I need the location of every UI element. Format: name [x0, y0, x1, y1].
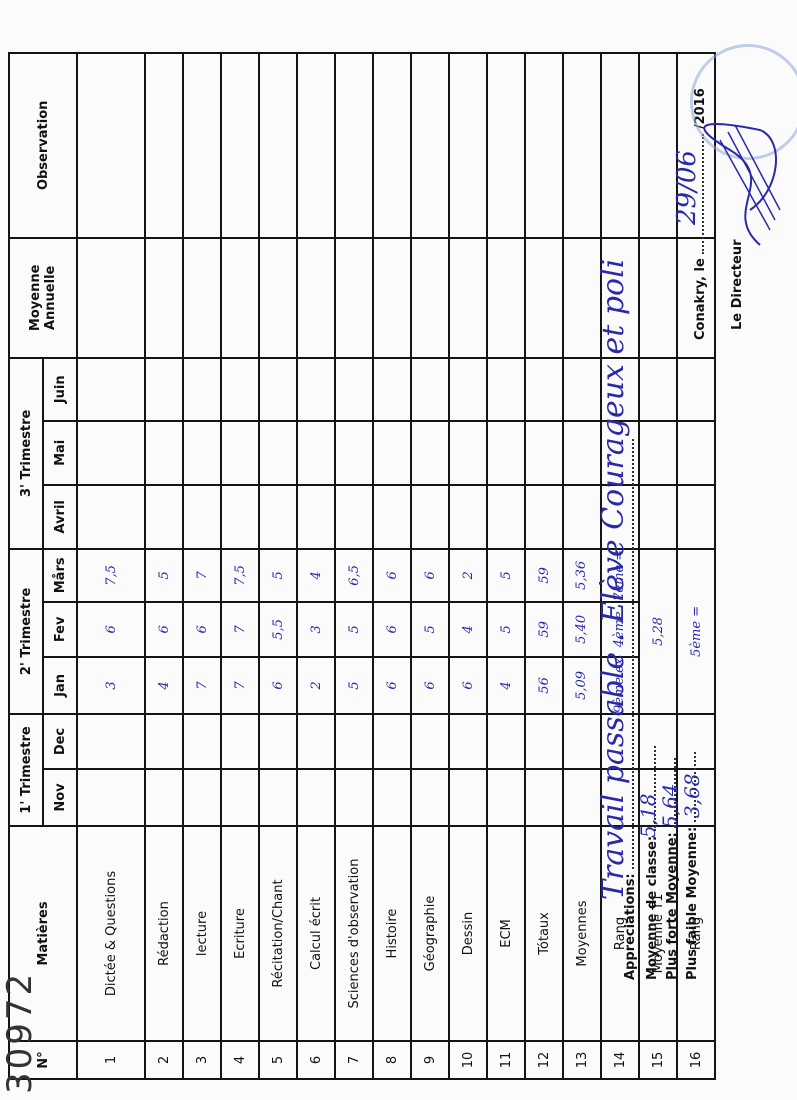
header-trimester-2: 2' Trimestre [9, 549, 43, 714]
table-row: 1Dictée & Questions367,5 [77, 53, 145, 1079]
header-trimester-1: 1' Trimestre [9, 714, 43, 826]
cell-jan: 4 [145, 657, 183, 714]
row-number: 12 [525, 1041, 563, 1079]
highest-average-value: 5,64 [658, 783, 682, 828]
subject-name: Dictée & Questions [77, 826, 145, 1041]
row-number: 2 [145, 1041, 183, 1079]
cell-avril [259, 485, 297, 549]
table-row: 11ECM455 [487, 53, 525, 1079]
cell-annual-average [411, 238, 449, 358]
cell-mars: 5 [145, 549, 183, 602]
header-trimester-3: 3' Trimestre [9, 358, 43, 549]
cell-avril [335, 485, 373, 549]
highest-average-label: Plus forte Moyenne: [665, 832, 680, 980]
cell-fev: 6 [145, 602, 183, 657]
cell-mars: 6 [373, 549, 411, 602]
cell-juin [487, 358, 525, 421]
cell-dec [297, 714, 335, 769]
table-row: 7Sciences d'observation556,5 [335, 53, 373, 1079]
cell-nov [411, 769, 449, 826]
cell-jan: 7 [221, 657, 259, 714]
cell-avril [183, 485, 221, 549]
row-number: 13 [563, 1041, 601, 1079]
cell-jan: 6 [259, 657, 297, 714]
cell-observation [525, 53, 563, 238]
header-month-nov: Nov [43, 769, 77, 826]
cell-juin [335, 358, 373, 421]
cell-mars: 7,5 [77, 549, 145, 602]
cell-mai [487, 421, 525, 485]
header-annual-average: Moyenne Annuelle [9, 238, 77, 358]
cell-juin [297, 358, 335, 421]
cell-observation [601, 53, 639, 238]
cell-fev: 3 [297, 602, 335, 657]
cell-mars: 7,5 [221, 549, 259, 602]
cell-dec [221, 714, 259, 769]
cell-dec [487, 714, 525, 769]
cell-observation [259, 53, 297, 238]
cell-avril [221, 485, 259, 549]
cell-nov [449, 769, 487, 826]
cell-annual-average [297, 238, 335, 358]
director-signature-icon [700, 110, 790, 250]
cell-fev: 5,5 [259, 602, 297, 657]
cell-juin [259, 358, 297, 421]
cell-observation [449, 53, 487, 238]
cell-nov [525, 769, 563, 826]
cell-avril [525, 485, 563, 549]
class-average-label: Moyenne de classe: [645, 836, 660, 980]
subject-name: Rédaction [145, 826, 183, 1041]
row-number: 9 [411, 1041, 449, 1079]
cell-fev: 59 [525, 602, 563, 657]
header-month-juin: Juin [43, 358, 77, 421]
table-row: 9Géographie656 [411, 53, 449, 1079]
cell-fev: 5 [487, 602, 525, 657]
cell-jan: 3 [77, 657, 145, 714]
row-number: 10 [449, 1041, 487, 1079]
cell-annual-average [77, 238, 145, 358]
table-row: 6Calcul écrit234 [297, 53, 335, 1079]
cell-jan: 56 [525, 657, 563, 714]
cell-fev: 6 [77, 602, 145, 657]
cell-mai [449, 421, 487, 485]
cell-nov [221, 769, 259, 826]
cell-juin [639, 358, 677, 421]
class-average-line: Moyenne de classe: [642, 746, 660, 980]
subject-name: Dessin [449, 826, 487, 1041]
table-row: 2Rédaction465 [145, 53, 183, 1079]
cell-nov [145, 769, 183, 826]
cell-mai [259, 421, 297, 485]
cell-annual-average [335, 238, 373, 358]
cell-fev: 4 [449, 602, 487, 657]
cell-annual-average [145, 238, 183, 358]
cell-mars: 7 [183, 549, 221, 602]
subject-name: Ecriture [221, 826, 259, 1041]
cell-dec [77, 714, 145, 769]
table-row: 10Dessin642 [449, 53, 487, 1079]
cell-fev: 5 [411, 602, 449, 657]
cell-avril [145, 485, 183, 549]
cell-avril [449, 485, 487, 549]
cell-jan: 6 [373, 657, 411, 714]
cell-fev: 6 [373, 602, 411, 657]
subject-name: ECM [487, 826, 525, 1041]
cell-juin [373, 358, 411, 421]
rotated-report-card: N° Matières 1' Trimestre 2' Trimestre 3'… [0, 0, 797, 1100]
table-row: 8Histoire666 [373, 53, 411, 1079]
cell-mai [677, 421, 715, 485]
cell-annual-average [183, 238, 221, 358]
cell-dec [411, 714, 449, 769]
row-number: 1 [77, 1041, 145, 1079]
cell-mars: 6 [411, 549, 449, 602]
header-month-dec: Dec [43, 714, 77, 769]
cell-juin [221, 358, 259, 421]
cell-mars: 5 [259, 549, 297, 602]
cell-observation [563, 53, 601, 238]
row-number: 3 [183, 1041, 221, 1079]
cell-dec [183, 714, 221, 769]
cell-mai [335, 421, 373, 485]
cell-mars: 5 [487, 549, 525, 602]
cell-avril [411, 485, 449, 549]
cell-mai [183, 421, 221, 485]
cell-jan: 2 [297, 657, 335, 714]
cell-mars: 2 [449, 549, 487, 602]
header-month-jan: Jan [43, 657, 77, 714]
lowest-average-value: 3,68 [680, 773, 704, 818]
subject-name: Sciences d'observation [335, 826, 373, 1041]
row-number: 6 [297, 1041, 335, 1079]
cell-dec [373, 714, 411, 769]
row-number: 4 [221, 1041, 259, 1079]
cell-jan: 5 [335, 657, 373, 714]
cell-avril [77, 485, 145, 549]
cell-mai [525, 421, 563, 485]
cell-nov [77, 769, 145, 826]
cell-dec [525, 714, 563, 769]
cell-avril [639, 485, 677, 549]
subject-name: Géographie [411, 826, 449, 1041]
header-month-mai: Mai [43, 421, 77, 485]
cell-dec [145, 714, 183, 769]
cell-annual-average [487, 238, 525, 358]
cell-juin [449, 358, 487, 421]
row-number: 16 [677, 1041, 715, 1079]
cell-nov [335, 769, 373, 826]
row-number: 8 [373, 1041, 411, 1079]
header-observation: Observation [9, 53, 77, 238]
cell-dec [259, 714, 297, 769]
date-handwritten: 29/06 [672, 150, 702, 225]
place-date-label: Conakry, le [693, 258, 708, 340]
cell-observation [335, 53, 373, 238]
cell-trimester-2-summary: 5,28 [639, 549, 677, 714]
cell-observation [297, 53, 335, 238]
cell-juin [77, 358, 145, 421]
reference-number: 30972 [0, 971, 40, 1094]
header-month-avril: Avril [43, 485, 77, 549]
cell-avril [373, 485, 411, 549]
cell-jan: 6 [449, 657, 487, 714]
cell-mai [373, 421, 411, 485]
cell-observation [221, 53, 259, 238]
class-average-value: 5,18 [636, 793, 660, 838]
cell-observation [183, 53, 221, 238]
cell-jan: 4 [487, 657, 525, 714]
cell-annual-average [639, 238, 677, 358]
cell-annual-average [221, 238, 259, 358]
cell-juin [677, 358, 715, 421]
table-row: 5Récitation/Chant65,55 [259, 53, 297, 1079]
cell-juin [525, 358, 563, 421]
cell-annual-average [525, 238, 563, 358]
cell-mai [639, 421, 677, 485]
cell-mars: 4 [297, 549, 335, 602]
cell-juin [411, 358, 449, 421]
cell-observation [77, 53, 145, 238]
row-number: 15 [639, 1041, 677, 1079]
appreciations-handwritten: Travail passable . Elève Courageux et po… [596, 259, 631, 900]
cell-fev: 6 [183, 602, 221, 657]
row-number: 14 [601, 1041, 639, 1079]
cell-mai [145, 421, 183, 485]
cell-mai [411, 421, 449, 485]
lowest-average-label: Plus faible Moyenne: [685, 827, 700, 980]
table-row: 3lecture767 [183, 53, 221, 1079]
cell-nov [373, 769, 411, 826]
cell-mars: 6,5 [335, 549, 373, 602]
cell-nov [259, 769, 297, 826]
cell-avril [677, 485, 715, 549]
header-month-fev: Fev [43, 602, 77, 657]
header-month-mars: Mårs [43, 549, 77, 602]
cell-observation [487, 53, 525, 238]
cell-avril [297, 485, 335, 549]
cell-observation [145, 53, 183, 238]
director-label: Le Directeur [730, 239, 745, 330]
cell-juin [183, 358, 221, 421]
subject-name: Histoire [373, 826, 411, 1041]
cell-mai [221, 421, 259, 485]
cell-nov [183, 769, 221, 826]
cell-nov [297, 769, 335, 826]
cell-jan: 6 [411, 657, 449, 714]
subject-name: Tótaux [525, 826, 563, 1041]
row-number: 5 [259, 1041, 297, 1079]
cell-annual-average [373, 238, 411, 358]
cell-observation [373, 53, 411, 238]
cell-juin [145, 358, 183, 421]
cell-annual-average [449, 238, 487, 358]
row-number: 11 [487, 1041, 525, 1079]
cell-mai [77, 421, 145, 485]
cell-avril [487, 485, 525, 549]
row-number: 7 [335, 1041, 373, 1079]
subject-name: Récitation/Chant [259, 826, 297, 1041]
cell-nov [487, 769, 525, 826]
cell-observation [411, 53, 449, 238]
cell-jan: 7 [183, 657, 221, 714]
cell-fev: 5 [335, 602, 373, 657]
cell-trimester-2-summary: 5ème = [677, 549, 715, 714]
cell-mars: 59 [525, 549, 563, 602]
subject-name: lecture [183, 826, 221, 1041]
table-row: 4Ecriture777,5 [221, 53, 259, 1079]
table-row: 12Tótaux565959 [525, 53, 563, 1079]
cell-dec [335, 714, 373, 769]
cell-annual-average [259, 238, 297, 358]
subject-name: Calcul écrit [297, 826, 335, 1041]
cell-fev: 7 [221, 602, 259, 657]
cell-mai [297, 421, 335, 485]
cell-dec [449, 714, 487, 769]
